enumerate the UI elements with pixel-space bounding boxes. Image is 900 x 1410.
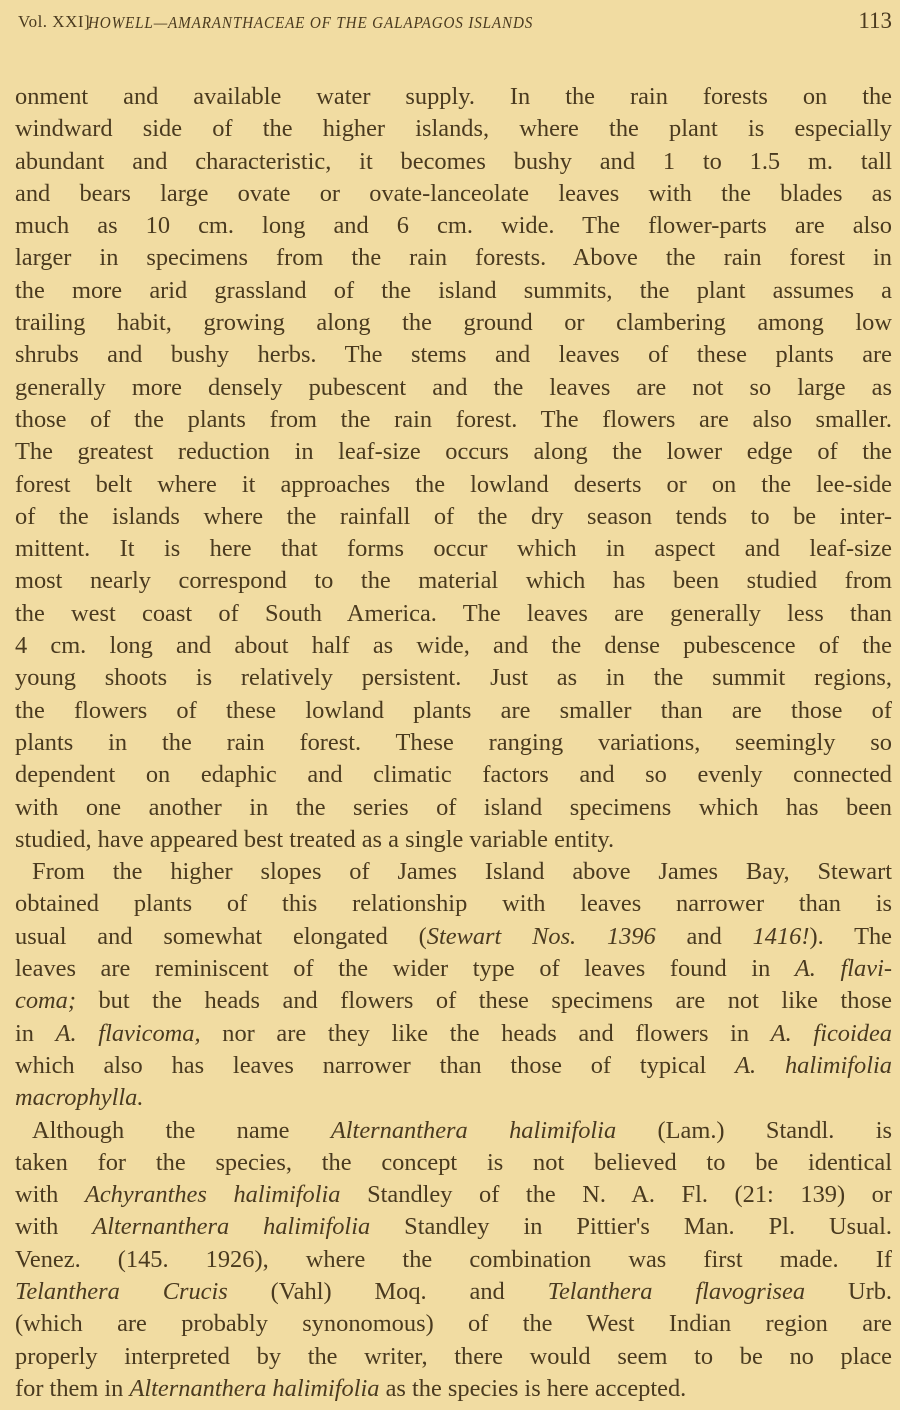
text-run: (Vahl) Moq. and: [228, 1278, 548, 1305]
text-line: onment and available water supply. In th…: [15, 81, 892, 113]
text-run: leaves are reminiscent of the wider type…: [15, 955, 795, 982]
text-line: From the higher slopes of James Island a…: [15, 856, 892, 888]
text-line: studied, have appeared best treated as a…: [15, 824, 892, 856]
text-line: those of the plants from the rain forest…: [15, 404, 892, 436]
text-line: Although the name Alternanthera halimifo…: [15, 1115, 892, 1147]
text-line: with Alternanthera halimifolia Standley …: [15, 1211, 892, 1243]
text-run: with one another in the series of island…: [15, 794, 892, 821]
text-run: Standley of the N. A. Fl. (21: 139) or: [341, 1181, 893, 1208]
text-run: Urb.: [805, 1278, 892, 1305]
text-line: The greatest reduction in leaf-size occu…: [15, 436, 892, 468]
italic-run: Alternanthera halimifolia: [129, 1375, 379, 1402]
text-run: The greatest reduction in leaf-size occu…: [15, 438, 892, 465]
text-line: young shoots is relatively persistent. J…: [15, 662, 892, 694]
text-run: studied, have appeared best treated as a…: [15, 826, 614, 853]
italic-run: Telanthera Crucis: [15, 1278, 228, 1305]
text-line: trailing habit, growing along the ground…: [15, 307, 892, 339]
text-line: obtained plants of this relationship wit…: [15, 888, 892, 920]
italic-run: Alternanthera halimifolia: [92, 1213, 370, 1240]
italic-run: Achyranthes halimifolia: [85, 1181, 341, 1208]
text-run: trailing habit, growing along the ground…: [15, 309, 892, 336]
text-line: usual and somewhat elongated (Stewart No…: [15, 921, 892, 953]
text-run: young shoots is relatively persistent. J…: [15, 664, 892, 691]
text-line: in A. flavicoma, nor are they like the h…: [15, 1018, 892, 1050]
text-line: and bears large ovate or ovate-lanceolat…: [15, 178, 892, 210]
paragraph: onment and available water supply. In th…: [15, 81, 892, 856]
text-run: ). The: [810, 923, 893, 950]
text-run: usual and somewhat elongated (: [15, 923, 427, 950]
italic-run: Telanthera flavogrisea: [548, 1278, 805, 1305]
text-line: leaves are reminiscent of the wider type…: [15, 953, 892, 985]
italic-run: A. flavicoma,: [56, 1020, 201, 1047]
text-run: with: [15, 1181, 85, 1208]
text-run: generally more densely pubescent and the…: [15, 374, 892, 401]
text-run: dependent on edaphic and climatic factor…: [15, 761, 892, 788]
text-line: coma; but the heads and flowers of these…: [15, 985, 892, 1017]
running-title: HOWELL—AMARANTHACEAE OF THE GALAPAGOS IS…: [88, 13, 533, 33]
text-line: much as 10 cm. long and 6 cm. wide. The …: [15, 210, 892, 242]
italic-run: Stewart Nos. 1396: [427, 923, 656, 950]
text-line: which also has leaves narrower than thos…: [15, 1050, 892, 1082]
text-line: generally more densely pubescent and the…: [15, 372, 892, 404]
text-run: mittent. It is here that forms occur whi…: [15, 535, 892, 562]
text-run: Venez. (145. 1926), where the combinatio…: [15, 1246, 892, 1273]
text-line: the flowers of these lowland plants are …: [15, 695, 892, 727]
text-run: shrubs and bushy herbs. The stems and le…: [15, 341, 892, 368]
text-run: which also has leaves narrower than thos…: [15, 1052, 735, 1079]
text-run: nor are they like the heads and flowers …: [201, 1020, 771, 1047]
text-run: taken for the species, the concept is no…: [15, 1149, 892, 1176]
text-line: macrophylla.: [15, 1082, 892, 1114]
running-header: Vol. XXI] HOWELL—AMARANTHACEAE OF THE GA…: [0, 8, 900, 40]
text-line: of the islands where the rainfall of the…: [15, 501, 892, 533]
text-line: taken for the species, the concept is no…: [15, 1147, 892, 1179]
italic-run: A. flavi-: [795, 955, 892, 982]
text-run: Standley in Pittier's Man. Pl. Usual.: [370, 1213, 892, 1240]
text-line: dependent on edaphic and climatic factor…: [15, 759, 892, 791]
text-line: with Achyranthes halimifolia Standley of…: [15, 1179, 892, 1211]
volume-label: Vol. XXI]: [18, 12, 90, 32]
body-text: onment and available water supply. In th…: [15, 81, 892, 1405]
page-number: 113: [858, 8, 892, 34]
text-line: larger in specimens from the rain forest…: [15, 242, 892, 274]
text-run: the west coast of South America. The lea…: [15, 600, 892, 627]
text-run: of the islands where the rainfall of the…: [15, 503, 892, 530]
text-run: the flowers of these lowland plants are …: [15, 697, 892, 724]
text-line: mittent. It is here that forms occur whi…: [15, 533, 892, 565]
text-run: most nearly correspond to the material w…: [15, 567, 892, 594]
paragraph: From the higher slopes of James Island a…: [15, 856, 892, 1114]
text-run: 4 cm. long and about half as wide, and t…: [15, 632, 892, 659]
text-line: shrubs and bushy herbs. The stems and le…: [15, 339, 892, 371]
text-run: From the higher slopes of James Island a…: [32, 858, 892, 885]
text-run: forest belt where it approaches the lowl…: [15, 471, 892, 498]
text-run: and bears large ovate or ovate-lanceolat…: [15, 180, 892, 207]
text-run: (Lam.) Standl. is: [616, 1117, 892, 1144]
text-run: (which are probably synonomous) of the W…: [15, 1310, 892, 1337]
text-run: the more arid grassland of the island su…: [15, 277, 892, 304]
text-line: Telanthera Crucis (Vahl) Moq. and Telant…: [15, 1276, 892, 1308]
text-run: abundant and characteristic, it becomes …: [15, 148, 892, 175]
text-line: forest belt where it approaches the lowl…: [15, 469, 892, 501]
text-line: windward side of the higher islands, whe…: [15, 113, 892, 145]
text-run: with: [15, 1213, 92, 1240]
text-run: as the species is here accepted.: [379, 1375, 686, 1402]
text-line: abundant and characteristic, it becomes …: [15, 146, 892, 178]
italic-run: A. halimifolia: [735, 1052, 892, 1079]
text-run: and: [656, 923, 753, 950]
text-run: for them in: [15, 1375, 129, 1402]
text-run: onment and available water supply. In th…: [15, 83, 892, 110]
text-run: Although the name: [32, 1117, 331, 1144]
paragraph: Although the name Alternanthera halimifo…: [15, 1115, 892, 1406]
text-line: Venez. (145. 1926), where the combinatio…: [15, 1244, 892, 1276]
italic-run: macrophylla.: [15, 1084, 143, 1111]
italic-run: A. ficoidea: [771, 1020, 892, 1047]
italic-run: Alternanthera halimifolia: [331, 1117, 616, 1144]
text-run: but the heads and flowers of these speci…: [76, 987, 892, 1014]
text-line: plants in the rain forest. These ranging…: [15, 727, 892, 759]
text-run: plants in the rain forest. These ranging…: [15, 729, 892, 756]
italic-run: coma;: [15, 987, 76, 1014]
text-line: most nearly correspond to the material w…: [15, 565, 892, 597]
text-run: larger in specimens from the rain forest…: [15, 244, 892, 271]
text-line: (which are probably synonomous) of the W…: [15, 1308, 892, 1340]
text-line: for them in Alternanthera halimifolia as…: [15, 1373, 892, 1405]
text-run: obtained plants of this relationship wit…: [15, 890, 892, 917]
text-line: 4 cm. long and about half as wide, and t…: [15, 630, 892, 662]
text-line: properly interpreted by the writer, ther…: [15, 1341, 892, 1373]
text-run: those of the plants from the rain forest…: [15, 406, 892, 433]
text-line: the more arid grassland of the island su…: [15, 275, 892, 307]
text-run: much as 10 cm. long and 6 cm. wide. The …: [15, 212, 892, 239]
text-run: windward side of the higher islands, whe…: [15, 115, 892, 142]
text-line: with one another in the series of island…: [15, 792, 892, 824]
text-run: properly interpreted by the writer, ther…: [15, 1343, 892, 1370]
text-run: in: [15, 1020, 56, 1047]
italic-run: 1416!: [753, 923, 810, 950]
text-line: the west coast of South America. The lea…: [15, 598, 892, 630]
